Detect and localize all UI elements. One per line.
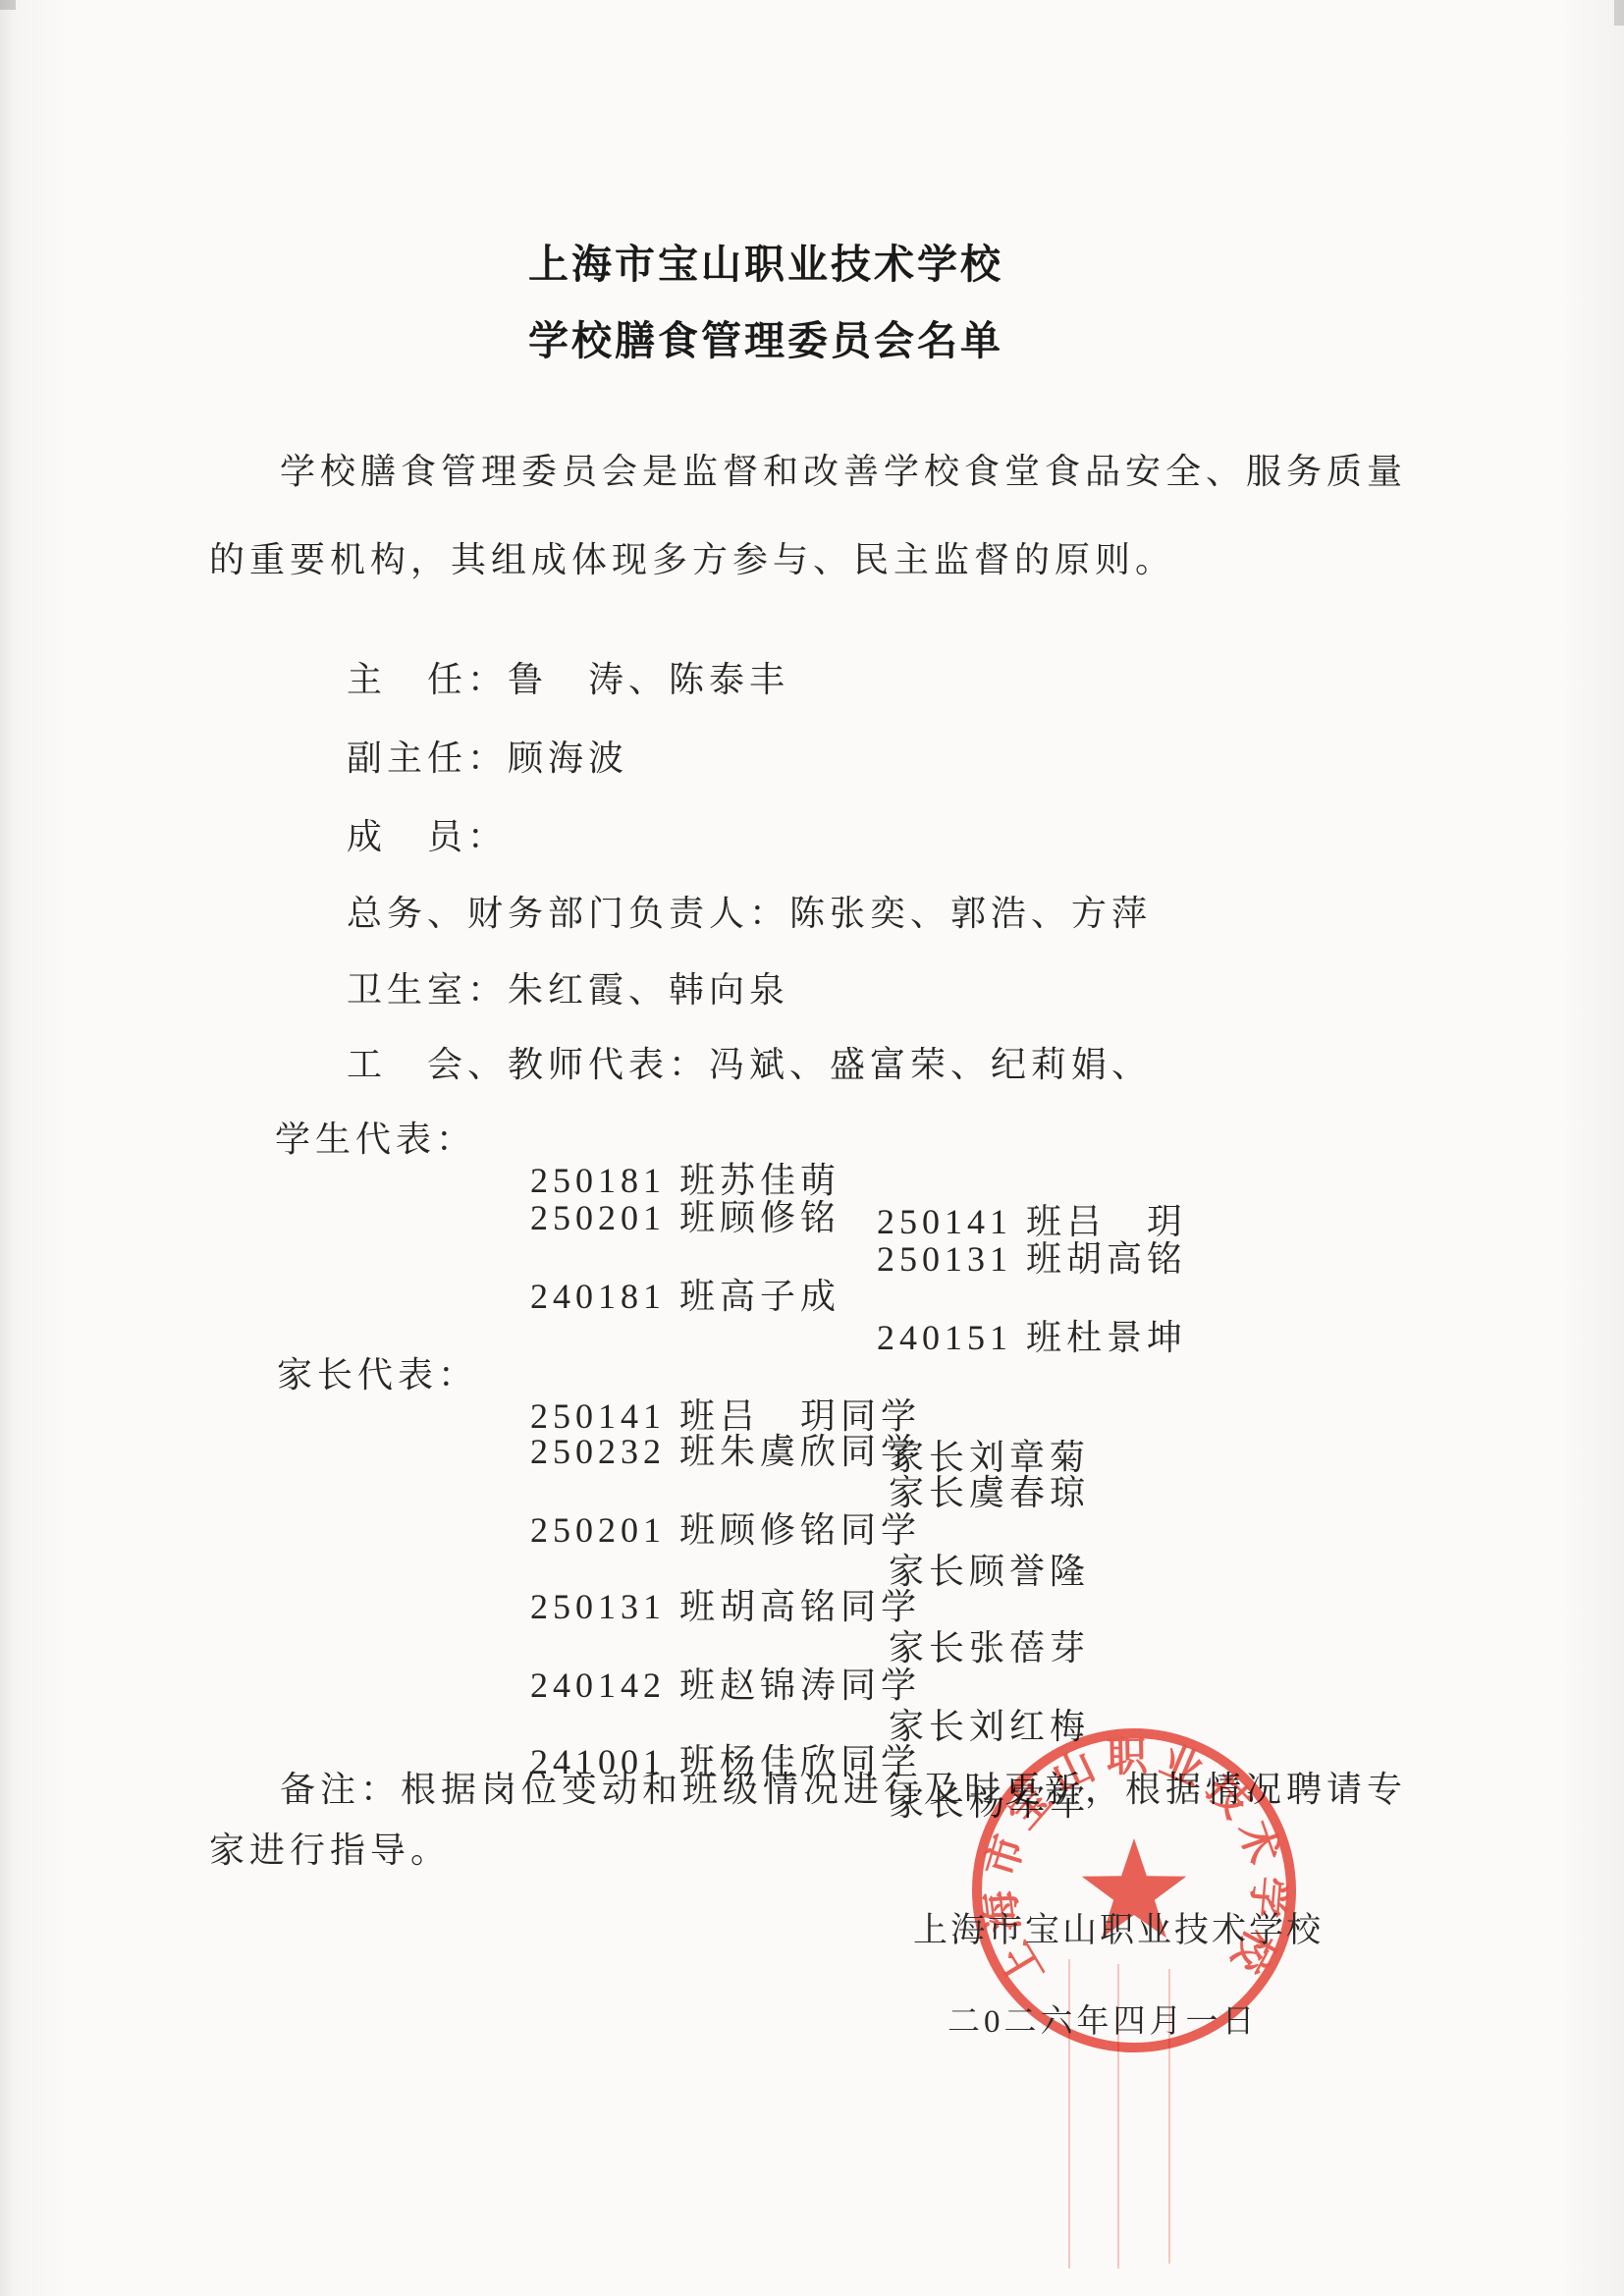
document-title-line2: 学校膳食管理委员会名单	[0, 308, 1532, 366]
role-value: 顾海波	[508, 738, 628, 778]
document-title-line1: 上海市宝山职业技术学校	[0, 232, 1532, 290]
intro-paragraph-line1: 学校膳食管理委员会是监督和改善学校食堂食品安全、服务质量	[280, 444, 1407, 494]
intro-paragraph-line2: 的重要机构，其组成体现多方参与、民主监督的原则。	[209, 532, 1175, 582]
scan-artifact-top-left	[0, 0, 16, 10]
signature-organization: 上海市宝山职业技术学校	[913, 1903, 1324, 1952]
note-line2: 家进行指导。	[209, 1823, 451, 1873]
role-value: 陈张奕、郭浩、方萍	[789, 894, 1152, 933]
scanned-document-page: 上海市宝山职业技术学校 学校膳食管理委员会名单 学校膳食管理委员会是监督和改善学…	[0, 0, 1624, 2296]
scan-artifact-top-right	[1614, 0, 1624, 26]
signature-date: 二0二六年四月一日	[947, 1995, 1259, 2042]
